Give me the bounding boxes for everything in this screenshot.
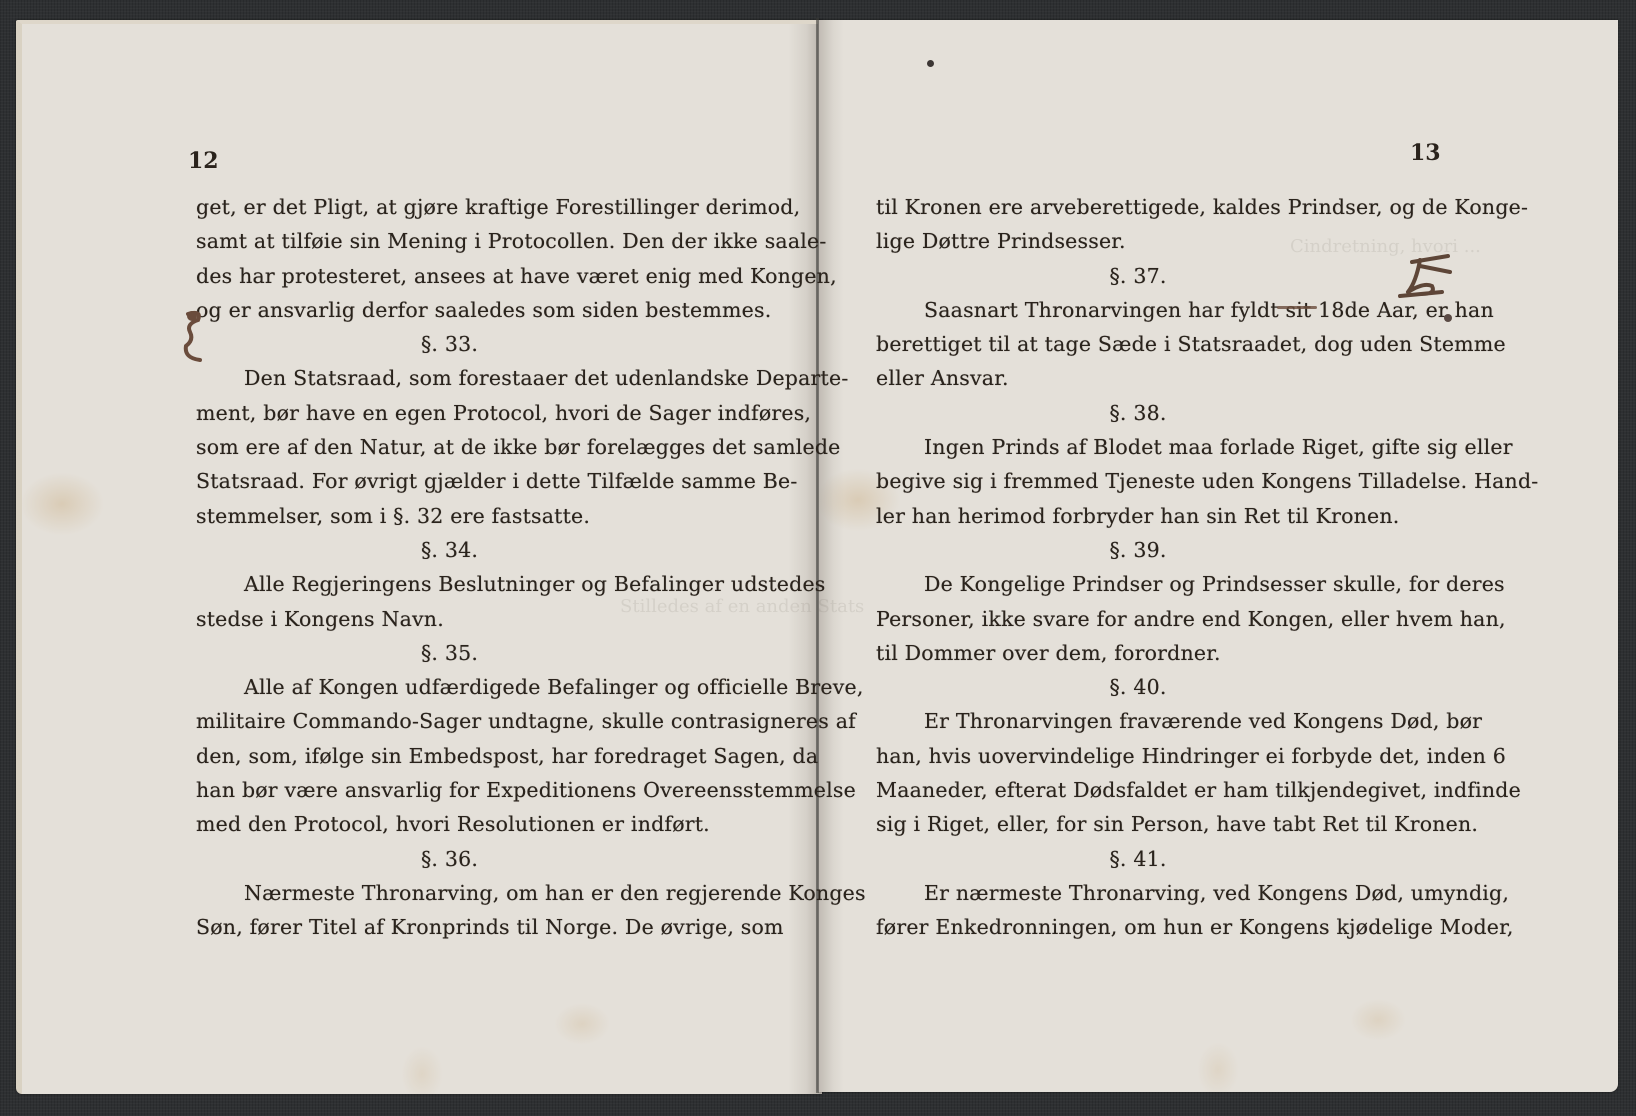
text-line: ler han herimod forbryder han sin Ret ti… (876, 499, 1400, 533)
text-line: Den Statsraad, som forestaaer det udenla… (196, 361, 703, 395)
text-line: den, som, ifølge sin Embedspost, har for… (196, 739, 703, 773)
text-line: Søn, fører Titel af Kronprinds til Norge… (196, 910, 703, 944)
section-heading: §. 40. (876, 670, 1400, 704)
text-line: Er Thronarvingen fraværende ved Kongens … (876, 704, 1400, 738)
text-line: Ingen Prinds af Blodet maa forlade Riget… (876, 430, 1400, 464)
text-line: get, er det Pligt, at gjøre kraftige For… (196, 190, 703, 224)
text-line: stemmelser, som i §. 32 ere fastsatte. (196, 499, 703, 533)
text-line: lige Døttre Prindsesser. (876, 224, 1400, 258)
text-line: Alle Regjeringens Beslutninger og Befali… (196, 567, 703, 601)
text-line: Maaneder, efterat Dødsfaldet er ham tilk… (876, 773, 1400, 807)
text-line: og er ansvarlig derfor saaledes som side… (196, 293, 703, 327)
text-line: Nærmeste Thronarving, om han er den regj… (196, 876, 703, 910)
text-line: berettiget til at tage Sæde i Statsraade… (876, 327, 1400, 361)
section-heading: §. 37. (876, 259, 1400, 293)
ink-dot (927, 60, 934, 67)
text-line: Saasnart Thronarvingen har fyldt sit 18d… (876, 293, 1400, 327)
text-line: eller Ansvar. (876, 361, 1400, 395)
ink-dot (1444, 314, 1452, 322)
text-line: begive sig i fremmed Tjeneste uden Konge… (876, 464, 1400, 498)
text-line: til Dommer over dem, forordner. (876, 636, 1400, 670)
text-line: med den Protocol, hvori Resolutionen er … (196, 807, 703, 841)
section-heading: §. 35. (196, 636, 703, 670)
text-line: Er nærmeste Thronarving, ved Kongens Død… (876, 876, 1400, 910)
text-line: han bør være ansvarlig for Expeditionens… (196, 773, 703, 807)
text-line: han, hvis uovervindelige Hindringer ei f… (876, 739, 1400, 773)
section-heading: §. 33. (196, 327, 703, 361)
book-gutter (816, 18, 819, 1093)
left-page-text: get, er det Pligt, at gjøre kraftige For… (196, 190, 703, 945)
section-heading: §. 41. (876, 842, 1400, 876)
section-heading: §. 34. (196, 533, 703, 567)
text-line: som ere af den Natur, at de ikke bør for… (196, 430, 703, 464)
section-heading: §. 38. (876, 396, 1400, 430)
text-line: stedse i Kongens Navn. (196, 602, 703, 636)
text-line: sig i Riget, eller, for sin Person, have… (876, 807, 1400, 841)
text-line: Statsraad. For øvrigt gjælder i dette Ti… (196, 464, 703, 498)
handwritten-bracket-icon (178, 310, 218, 370)
text-line: des har protesteret, ansees at have være… (196, 259, 703, 293)
text-line: Personer, ikke svare for andre end Konge… (876, 602, 1400, 636)
section-heading: §. 36. (196, 842, 703, 876)
text-line: samt at tilføie sin Mening i Protocollen… (196, 224, 703, 258)
page-number-right: 13 (1410, 140, 1441, 166)
text-line: De Kongelige Prindser og Prindsesser sku… (876, 567, 1400, 601)
handwritten-underline (1277, 306, 1317, 309)
page-number-left: 12 (188, 148, 219, 174)
right-page-text: til Kronen ere arveberettigede, kaldes P… (876, 190, 1400, 945)
section-heading: §. 39. (876, 533, 1400, 567)
handwritten-monogram-icon (1398, 252, 1458, 302)
text-line: fører Enkedronningen, om hun er Kongens … (876, 910, 1400, 944)
text-line: til Kronen ere arveberettigede, kaldes P… (876, 190, 1400, 224)
text-line: ment, bør have en egen Protocol, hvori d… (196, 396, 703, 430)
text-line: militaire Commando-Sager undtagne, skull… (196, 704, 703, 738)
text-line: Alle af Kongen udfærdigede Befalinger og… (196, 670, 703, 704)
